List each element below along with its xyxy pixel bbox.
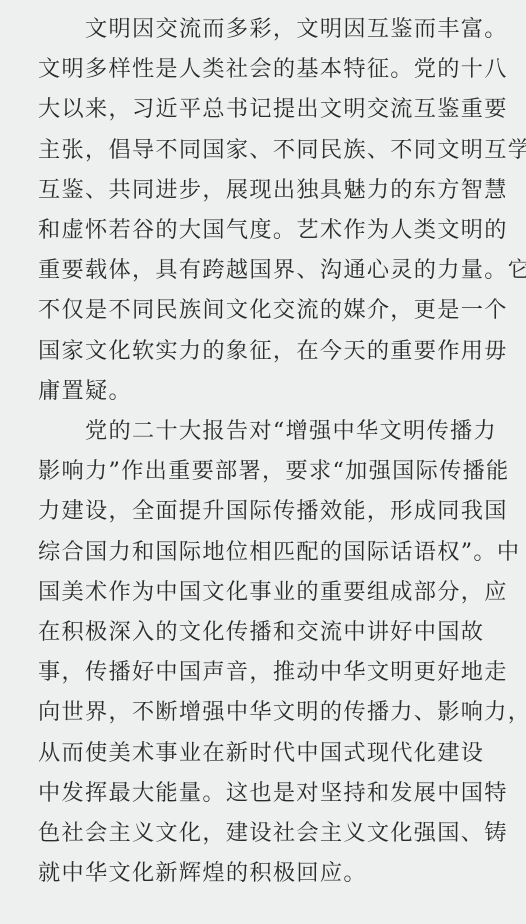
text-line: 主张，倡导不同国家、不同民族、不同文明互学 xyxy=(38,130,490,170)
text-line: 从而使美术事业在新时代中国式现代化建设 xyxy=(38,733,490,773)
text-line: 不仅是不同民族间文化交流的媒介，更是一个 xyxy=(38,290,490,330)
text-line: 党的二十大报告对“增强中华文明传播力 xyxy=(38,411,490,451)
text-line: 事，传播好中国声音，推动中华文明更好地走 xyxy=(38,652,490,692)
paragraph-1: 文明因交流而多彩，文明因互鉴而丰富。 文明多样性是人类社会的基本特征。党的十八 … xyxy=(38,9,490,411)
text-line: 国家文化软实力的象征，在今天的重要作用毋 xyxy=(38,331,490,371)
text-line: 影响力”作出重要部署，要求“加强国际传播能 xyxy=(38,451,490,491)
text-line: 色社会主义文化，建设社会主义文化强国、铸 xyxy=(38,813,490,853)
text-line: 大以来，习近平总书记提出文明交流互鉴重要 xyxy=(38,89,490,129)
text-line: 重要载体，具有跨越国界、沟通心灵的力量。它 xyxy=(38,250,490,290)
text-line: 国美术作为中国文化事业的重要组成部分，应 xyxy=(38,572,490,612)
text-line: 文明多样性是人类社会的基本特征。党的十八 xyxy=(38,49,490,89)
document-page: 文明因交流而多彩，文明因互鉴而丰富。 文明多样性是人类社会的基本特征。党的十八 … xyxy=(38,9,490,893)
text-line: 力建设，全面提升国际传播效能，形成同我国 xyxy=(38,491,490,531)
text-line: 综合国力和国际地位相匹配的国际话语权”。中 xyxy=(38,532,490,572)
text-line: 向世界，不断增强中华文明的传播力、影响力， xyxy=(38,692,490,732)
paragraph-2: 党的二十大报告对“增强中华文明传播力 影响力”作出重要部署，要求“加强国际传播能… xyxy=(38,411,490,893)
text-line: 中发挥最大能量。这也是对坚持和发展中国特 xyxy=(38,773,490,813)
text-line: 就中华文化新辉煌的积极回应。 xyxy=(38,853,490,893)
text-line: 在积极深入的文化传播和交流中讲好中国故 xyxy=(38,612,490,652)
text-line: 互鉴、共同进步，展现出独具魅力的东方智慧 xyxy=(38,170,490,210)
text-line: 文明因交流而多彩，文明因互鉴而丰富。 xyxy=(38,9,490,49)
text-line: 和虚怀若谷的大国气度。艺术作为人类文明的 xyxy=(38,210,490,250)
text-line: 庸置疑。 xyxy=(38,371,490,411)
